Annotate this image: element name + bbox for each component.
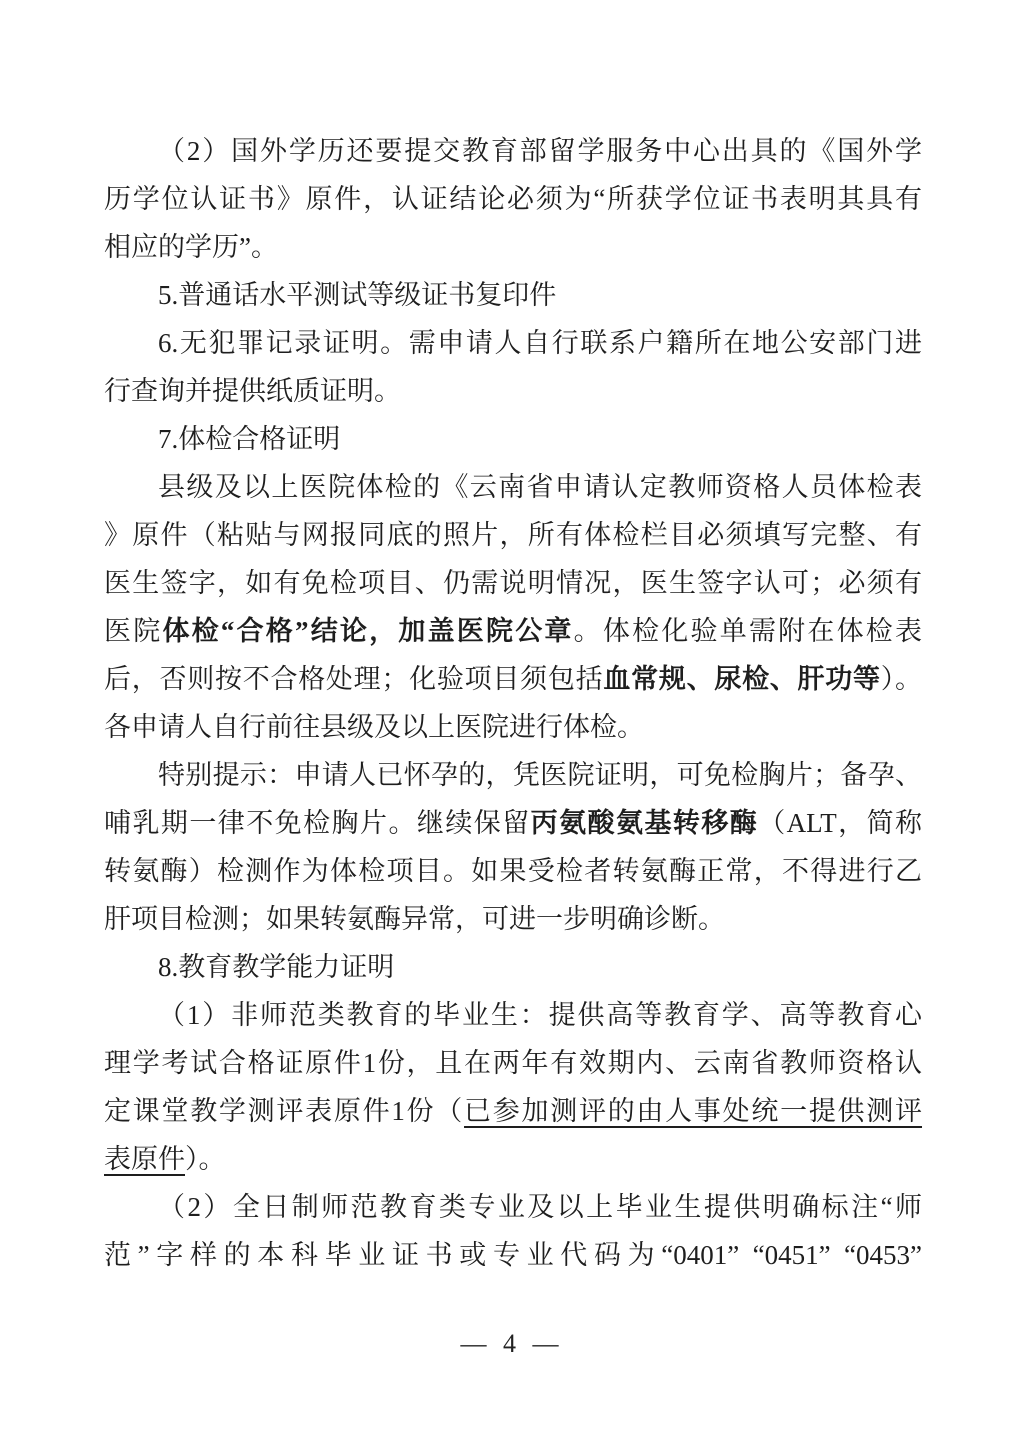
text-line: 医院体检“合格”结论，加盖医院公章。体检化验单需附在体检表 — [104, 607, 922, 655]
underlined-text: 表原件 — [104, 1144, 185, 1174]
bold-text: 血常规、尿检、肝功等 — [603, 664, 880, 694]
text-line: 》原件（粘贴与网报同底的照片，所有体检栏目必须填写完整、有 — [104, 511, 922, 559]
text-segment: 县级及以上医院体检的《云南省申请认定教师资格人员体检表 — [158, 472, 922, 502]
text-line: 历学位认证书》原件，认证结论必须为“所获学位证书表明其具有 — [104, 175, 922, 223]
text-segment: （2）国外学历还要提交教育部留学服务中心出具的《国外学 — [158, 136, 922, 166]
text-segment: 6.无犯罪记录证明。需申请人自行联系户籍所在地公安部门进 — [158, 328, 922, 358]
page-number: — 4 — — [461, 1329, 564, 1358]
text-segment: 范”字样的本科毕业证书或专业代码为“0401” “0451” “0453” — [104, 1240, 922, 1270]
text-line: （2）国外学历还要提交教育部留学服务中心出具的《国外学 — [104, 127, 922, 175]
text-segment: 行查询并提供纸质证明。 — [104, 376, 401, 406]
text-line: 转氨酶）检测作为体检项目。如果受检者转氨酶正常，不得进行乙 — [104, 847, 922, 895]
document-page: （2）国外学历还要提交教育部留学服务中心出具的《国外学历学位认证书》原件，认证结… — [0, 0, 1024, 1448]
text-line: 行查询并提供纸质证明。 — [104, 367, 922, 415]
text-line: 定课堂教学测评表原件1份（已参加测评的由人事处统一提供测评 — [104, 1087, 922, 1135]
text-segment: 。体检化验单需附在体检表 — [574, 616, 922, 646]
text-segment: 5.普通话水平测试等级证书复印件 — [158, 280, 556, 310]
text-segment: 哺乳期一律不免检胸片。继续保留 — [104, 808, 531, 838]
underlined-text: 已参加测评的由人事处统一提供测评 — [464, 1096, 922, 1126]
text-segment: ）。 — [881, 664, 922, 694]
text-line: 医生签字，如有免检项目、仍需说明情况，医生签字认可；必须有 — [104, 559, 922, 607]
text-segment: 定课堂教学测评表原件1份（ — [104, 1096, 464, 1126]
text-segment: 8.教育教学能力证明 — [158, 952, 394, 982]
text-line: 5.普通话水平测试等级证书复印件 — [104, 271, 922, 319]
text-segment: 肝项目检测；如果转氨酶异常，可进一步明确诊断。 — [104, 904, 725, 934]
text-line: （1）非师范类教育的毕业生：提供高等教育学、高等教育心 — [104, 991, 922, 1039]
text-line: （2）全日制师范教育类专业及以上毕业生提供明确标注“师 — [104, 1183, 922, 1231]
text-line: 肝项目检测；如果转氨酶异常，可进一步明确诊断。 — [104, 895, 922, 943]
text-line: 相应的学历”。 — [104, 223, 922, 271]
text-segment: 后，否则按不合格处理；化验项目须包括 — [104, 664, 603, 694]
bold-text: 丙氨酸氨基转移酶 — [531, 808, 759, 838]
text-line: 7.体检合格证明 — [104, 415, 922, 463]
text-segment: ）。 — [185, 1144, 226, 1174]
text-segment: 理学考试合格证原件1份，且在两年有效期内、云南省教师资格认 — [104, 1048, 922, 1078]
text-line: 表原件）。 — [104, 1135, 922, 1183]
text-segment: 7.体检合格证明 — [158, 424, 340, 454]
text-segment: 》原件（粘贴与网报同底的照片，所有体检栏目必须填写完整、有 — [104, 520, 922, 550]
text-segment: 相应的学历”。 — [104, 232, 278, 262]
text-line: 范”字样的本科毕业证书或专业代码为“0401” “0451” “0453” — [104, 1231, 922, 1279]
text-segment: （1）非师范类教育的毕业生：提供高等教育学、高等教育心 — [158, 1000, 922, 1030]
text-segment: （ALT，简称 — [758, 808, 922, 838]
text-line: 特别提示：申请人已怀孕的，凭医院证明，可免检胸片；备孕、 — [104, 751, 922, 799]
text-line: 各申请人自行前往县级及以上医院进行体检。 — [104, 703, 922, 751]
text-segment: 医生签字，如有免检项目、仍需说明情况，医生签字认可；必须有 — [104, 568, 922, 598]
text-line: 哺乳期一律不免检胸片。继续保留丙氨酸氨基转移酶（ALT，简称 — [104, 799, 922, 847]
text-line: 8.教育教学能力证明 — [104, 943, 922, 991]
text-segment: 历学位认证书》原件，认证结论必须为“所获学位证书表明其具有 — [104, 184, 922, 214]
text-segment: （2）全日制师范教育类专业及以上毕业生提供明确标注“师 — [158, 1192, 922, 1222]
text-line: 后，否则按不合格处理；化验项目须包括血常规、尿检、肝功等）。 — [104, 655, 922, 703]
text-line: 6.无犯罪记录证明。需申请人自行联系户籍所在地公安部门进 — [104, 319, 922, 367]
bold-text: 体检“合格”结论，加盖医院公章 — [162, 616, 573, 646]
text-line: 县级及以上医院体检的《云南省申请认定教师资格人员体检表 — [104, 463, 922, 511]
text-segment: 医院 — [104, 616, 162, 646]
text-segment: 特别提示：申请人已怀孕的，凭医院证明，可免检胸片；备孕、 — [158, 760, 922, 790]
text-segment: 各申请人自行前往县级及以上医院进行体检。 — [104, 712, 644, 742]
page-footer: — 4 — — [0, 1322, 1024, 1366]
document-lines: （2）国外学历还要提交教育部留学服务中心出具的《国外学历学位认证书》原件，认证结… — [104, 127, 922, 1279]
text-line: 理学考试合格证原件1份，且在两年有效期内、云南省教师资格认 — [104, 1039, 922, 1087]
text-segment: 转氨酶）检测作为体检项目。如果受检者转氨酶正常，不得进行乙 — [104, 856, 922, 886]
